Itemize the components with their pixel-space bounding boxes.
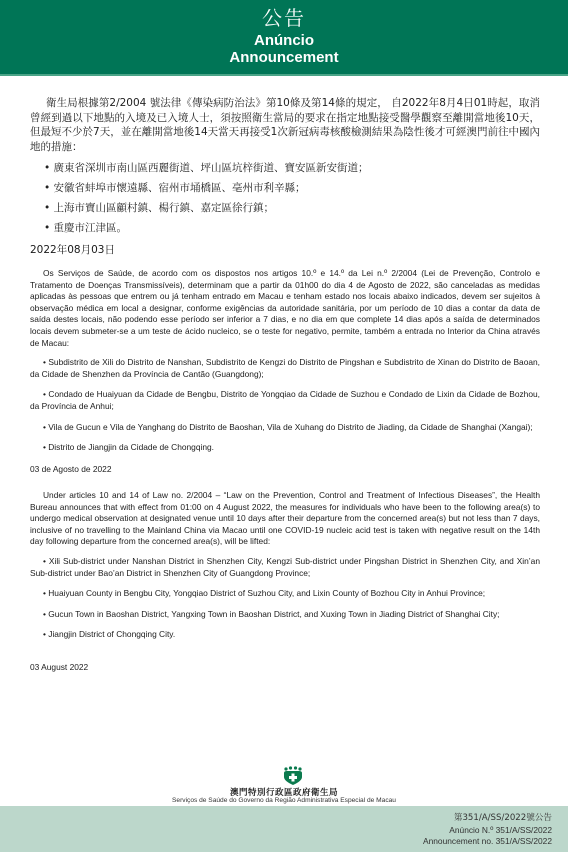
english-paragraph: Under articles 10 and 14 of Law no. 2/20… — [30, 490, 540, 548]
reference-number-pt: Anúncio N.º 351/A/SS/2022 — [449, 825, 552, 835]
reference-number-zh: 第351/A/SS/2022號公告 — [454, 811, 552, 823]
reference-number-en: Announcement no. 351/A/SS/2022 — [423, 836, 552, 846]
list-item: • 安徽省蚌埠市懷遠縣、宿州市埇橋區、亳州市利辛縣； — [30, 182, 540, 195]
list-item: • Jiangjin District of Chongqing City. — [30, 629, 540, 641]
english-section: Under articles 10 and 14 of Law no. 2/20… — [30, 490, 540, 650]
list-item: • Xili Sub-district under Nanshan Distri… — [30, 556, 540, 579]
list-item: • 廣東省深圳市南山區西麗街道、坪山區坑梓街道、寶安區新安街道； — [30, 162, 540, 175]
chinese-date: 2022年08月03日 — [30, 242, 540, 257]
announcement-header: 公告 Anúncio Announcement — [0, 0, 568, 76]
portuguese-section: Os Serviços de Saúde, de acordo com os d… — [30, 268, 540, 463]
chinese-paragraph: 衛生局根據第2/2004 號法律《傳染病防治法》第10條及第14條的規定， 自2… — [30, 96, 540, 154]
header-title-zh: 公告 — [0, 0, 568, 29]
list-item: • Gucun Town in Baoshan District, Yangxi… — [30, 609, 540, 621]
list-item: • 上海市寶山區顧村鎮、楊行鎮、嘉定區徐行鎮； — [30, 202, 540, 215]
list-item: • Distrito de Jiangjin da Cidade de Chon… — [30, 442, 540, 454]
portuguese-area-list: • Subdistrito de Xili do Distrito de Nan… — [30, 357, 540, 454]
announcement-footer: 第351/A/SS/2022號公告 Anúncio N.º 351/A/SS/2… — [0, 806, 568, 852]
list-item: • Huaiyuan County in Bengbu City, Yongqi… — [30, 588, 540, 600]
header-title-en: Announcement — [0, 49, 568, 66]
english-area-list: • Xili Sub-district under Nanshan Distri… — [30, 556, 540, 641]
list-item: • 重慶市江津區。 — [30, 222, 540, 235]
list-item: • Subdistrito de Xili do Distrito de Nan… — [30, 357, 540, 380]
header-title-pt: Anúncio — [0, 32, 568, 49]
list-item: • Vila de Gucun e Vila de Yanghang do Di… — [30, 422, 540, 434]
chinese-section: 衛生局根據第2/2004 號法律《傳染病防治法》第10條及第14條的規定， 自2… — [30, 96, 540, 257]
list-item: • Condado de Huaiyuan da Cidade de Bengb… — [30, 389, 540, 412]
chinese-area-list: • 廣東省深圳市南山區西麗街道、坪山區坑梓街道、寶安區新安街道； • 安徽省蚌埠… — [30, 162, 540, 235]
health-bureau-logo-icon — [282, 766, 304, 786]
portuguese-paragraph: Os Serviços de Saúde, de acordo com os d… — [30, 268, 540, 349]
english-date: 03 August 2022 — [30, 662, 88, 672]
portuguese-date: 03 de Agosto de 2022 — [30, 464, 112, 474]
organization-name-pt: Serviços de Saúde do Governo da Região A… — [0, 797, 568, 804]
